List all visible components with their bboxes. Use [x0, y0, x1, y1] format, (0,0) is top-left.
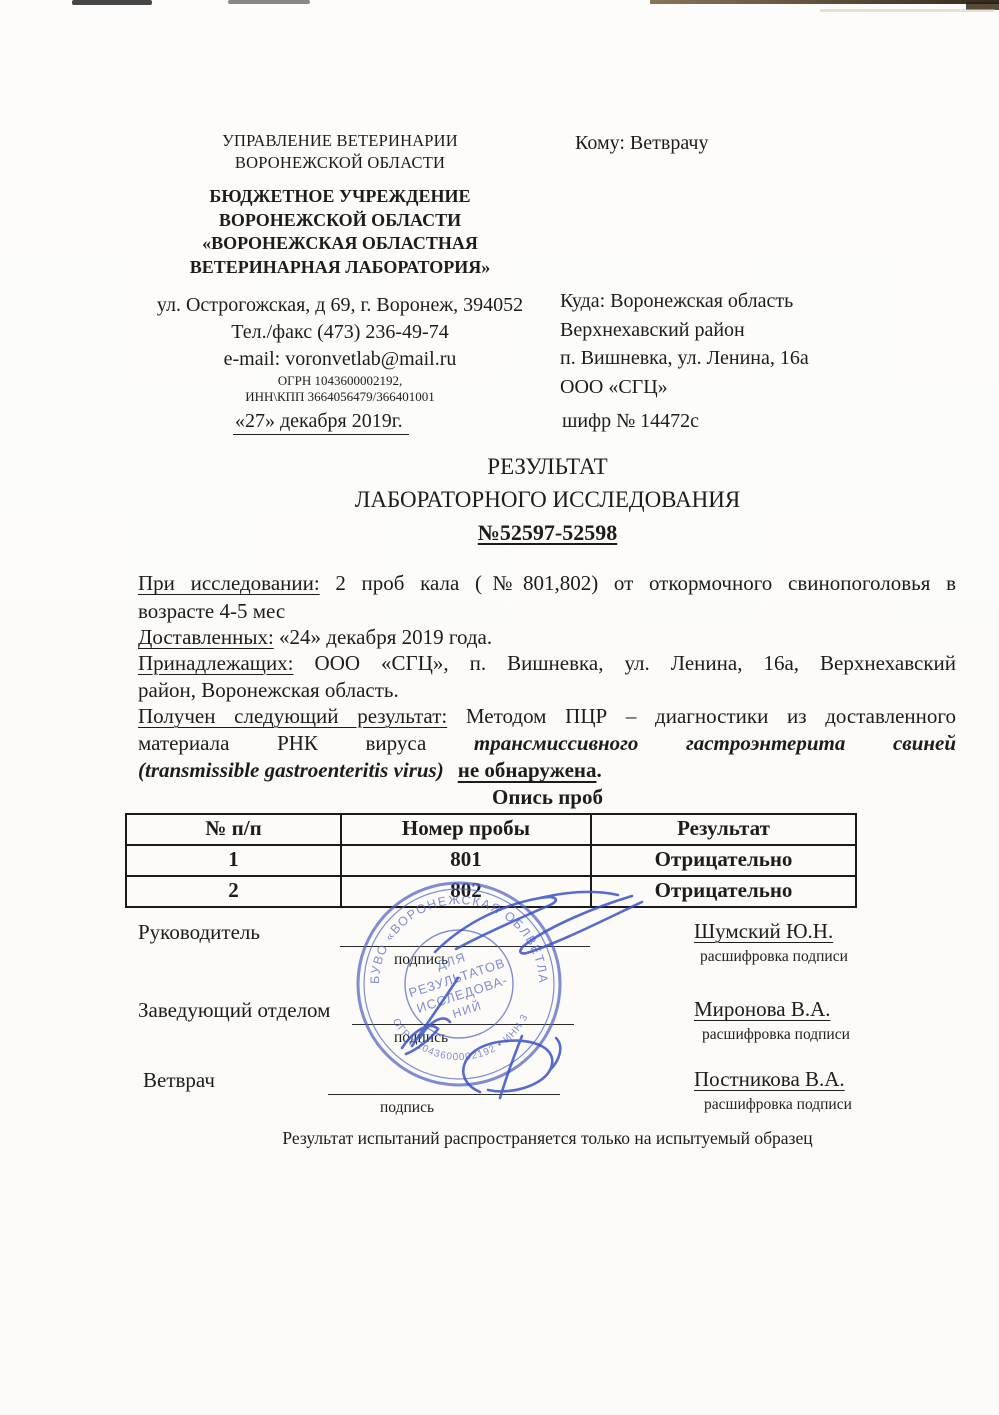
body-line: район, Воронежская область. — [138, 677, 956, 704]
signer-role: Заведующий отделом — [138, 998, 330, 1023]
recipient-line: Кому: Ветврачу — [575, 132, 708, 155]
col-header-index: № п/п — [126, 814, 341, 845]
scanned-document-page: УПРАВЛЕНИЕ ВЕТЕРИНАРИИ ВОРОНЕЖСКОЙ ОБЛАС… — [0, 0, 999, 1415]
document-date: «27» декабря 2019г. — [233, 410, 409, 435]
authority-name: УПРАВЛЕНИЕ ВЕТЕРИНАРИИ ВОРОНЕЖСКОЙ ОБЛАС… — [105, 130, 575, 174]
report-body: При исследовании: 2 проб кала (№801,802)… — [138, 571, 956, 784]
signer-name: Миронова В.А. — [694, 997, 831, 1022]
signature-stroke — [520, 896, 642, 953]
phone-line: Тел./факс (473) 236-49-74 — [105, 319, 575, 346]
table-title: Опись проб — [96, 785, 999, 810]
name-caption: расшифровка подписи — [704, 1096, 852, 1114]
scan-artifact — [650, 0, 999, 4]
organization-contacts: ул. Острогожская, д 69, г. Воронеж, 3940… — [105, 292, 575, 373]
body-line: материала РНК вируса трансмиссивного гас… — [138, 731, 956, 758]
signer-name: Постникова В.А. — [694, 1067, 845, 1092]
letterhead: УПРАВЛЕНИЕ ВЕТЕРИНАРИИ ВОРОНЕЖСКОЙ ОБЛАС… — [105, 130, 575, 405]
body-line: Принадлежащих: ООО «СГЦ», п. Вишневка, у… — [138, 651, 956, 678]
signer-role: Ветврач — [143, 1068, 215, 1093]
signature-stroke — [435, 897, 556, 952]
body-line: Получен следующий результат: Методом ПЦР… — [138, 704, 956, 731]
document-title: РЕЗУЛЬТАТ ЛАБОРАТОРНОГО ИССЛЕДОВАНИЯ №52… — [96, 450, 999, 549]
destination-address: Куда: Воронежская область Верхнехавский … — [560, 287, 809, 401]
body-line: При исследовании: 2 проб кала (№801,802)… — [138, 571, 956, 598]
scan-artifact — [228, 0, 310, 4]
col-header-result: Результат — [591, 814, 856, 845]
footer-note: Результат испытаний распространяется тол… — [96, 1128, 999, 1149]
body-line: возрасте 4-5 мес — [138, 598, 956, 625]
registration-numbers: ОГРН 1043600002192, ИНН\КПП 3664056479/3… — [105, 373, 575, 405]
body-line: Доставленных: «24» декабря 2019 года. — [138, 624, 956, 651]
cipher-number: шифр № 14472с — [562, 410, 699, 433]
inn-line: ИНН\КПП 3664056479/366401001 — [105, 389, 575, 405]
signature-stroke — [412, 978, 458, 1046]
signature-stroke — [463, 1041, 552, 1092]
signer-role: Руководитель — [138, 920, 260, 945]
address-line: ул. Острогожская, д 69, г. Воронеж, 3940… — [105, 292, 575, 319]
report-number: №52597-52598 — [96, 516, 999, 549]
name-caption: расшифровка подписи — [702, 1026, 850, 1044]
table-header-row: № п/п Номер пробы Результат — [126, 814, 856, 845]
organization-name: БЮДЖЕТНОЕ УЧРЕЖДЕНИЕ ВОРОНЕЖСКОЙ ОБЛАСТИ… — [105, 185, 575, 279]
signature-stroke — [402, 1026, 438, 1054]
body-line: (transmissible gastroenteritis virus)не … — [138, 757, 956, 784]
ogrn-line: ОГРН 1043600002192, — [105, 373, 575, 389]
signer-name: Шумский Ю.Н. — [694, 919, 833, 944]
email-line: e-mail: voronvetlab@mail.ru — [105, 346, 575, 373]
handwritten-signatures — [380, 870, 670, 1115]
scan-artifact — [820, 9, 995, 12]
name-caption: расшифровка подписи — [700, 948, 848, 966]
col-header-sample: Номер пробы — [341, 814, 591, 845]
test-result-phrase: не обнаружена — [458, 758, 597, 782]
scan-artifact — [72, 0, 152, 5]
